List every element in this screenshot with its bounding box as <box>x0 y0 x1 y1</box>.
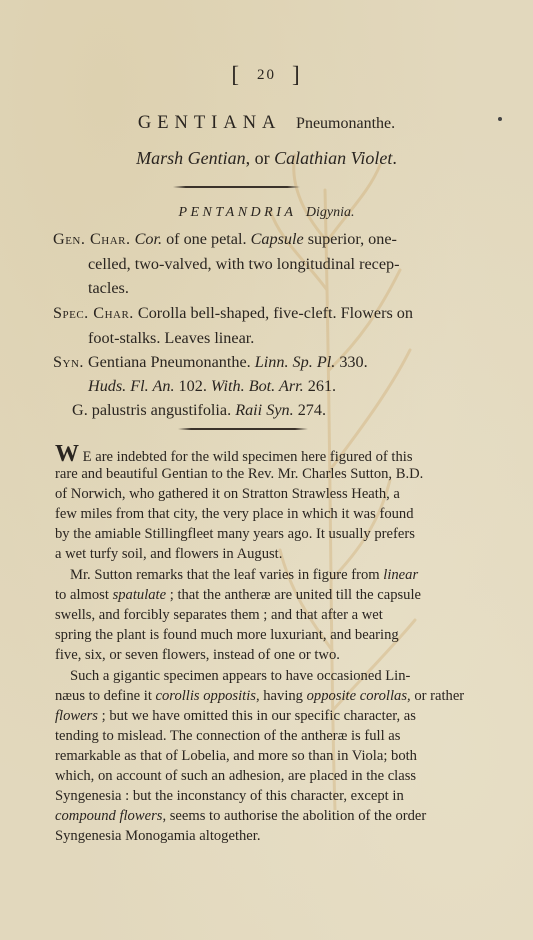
text: E are indebted for the wild specimen her… <box>79 449 413 465</box>
italic-term: spatulate <box>113 587 167 603</box>
bracket-close: ] <box>292 62 302 88</box>
gen-char-label: Gen. Char. <box>53 230 131 248</box>
specific-character-line: foot-stalks. Leaves linear. <box>88 329 254 348</box>
synonym-line: Huds. Fl. An. 102. With. Bot. Arr. 261. <box>88 377 336 396</box>
generic-character-line: celled, two-valved, with two longitudina… <box>88 255 400 274</box>
italic-term: Capsule <box>251 230 304 248</box>
body-line: flowers ; but we have omitted this in ou… <box>55 708 416 725</box>
text: 261. <box>304 377 336 395</box>
body-line: tending to mislead. The connection of th… <box>55 728 400 745</box>
bracket-open: [ <box>231 62 241 88</box>
folio-number: 20 <box>257 67 276 83</box>
book-page: [20] GENTIANA Pneumonanthe. Marsh Gentia… <box>0 0 533 940</box>
species-name: Pneumonanthe. <box>296 115 395 132</box>
text: 330. <box>335 353 367 371</box>
body-line: Such a gigantic specimen appears to have… <box>70 668 410 685</box>
italic-term: opposite corollas <box>307 688 407 704</box>
common-name: Marsh Gentian, or Calathian Violet. <box>0 148 533 169</box>
italic-term: corollis oppositis <box>156 688 256 704</box>
italic-term: flowers <box>55 708 98 724</box>
body-line: a wet turfy soil, and flowers in August. <box>55 546 282 563</box>
page-title: GENTIANA Pneumonanthe. <box>0 113 533 134</box>
body-line: by the amiable Stillingfleet many years … <box>55 526 415 543</box>
body-line: remarkable as that of Lobelia, and more … <box>55 748 417 765</box>
italic-ref: Huds. Fl. An. <box>88 377 175 395</box>
body-line: næus to define it corollis oppositis, ha… <box>55 688 464 705</box>
divider-rule <box>173 186 300 188</box>
italic-ref: Linn. Sp. Pl. <box>255 353 336 371</box>
body-line: W E are indebted for the wild specimen h… <box>55 441 413 468</box>
text: to almost <box>55 587 113 603</box>
body-line: Syngenesia : but the inconstancy of this… <box>55 788 404 805</box>
spec-char-label: Spec. Char. <box>53 304 134 322</box>
body-line: Mr. Sutton remarks that the leaf varies … <box>70 567 418 584</box>
ink-speck <box>498 117 502 121</box>
order-name: Digynia. <box>306 205 355 220</box>
synonym-line: Syn. Gentiana Pneumonanthe. Linn. Sp. Pl… <box>53 353 368 372</box>
body-line: which, on account of such an adhesion, a… <box>55 768 416 785</box>
text: 102. <box>175 377 211 395</box>
body-line: compound flowers, seems to authorise the… <box>55 808 426 825</box>
drop-cap: W <box>55 441 79 467</box>
italic-ref: Raii Syn. <box>235 401 293 419</box>
text: , or rather <box>407 688 464 704</box>
generic-character-line: tacles. <box>88 279 129 298</box>
text: G. palustris angustifolia. <box>72 401 235 419</box>
common-name-end: . <box>392 148 397 168</box>
synonym-line: G. palustris angustifolia. Raii Syn. 274… <box>72 401 326 420</box>
common-name-joiner: , or <box>246 148 275 168</box>
italic-term: linear <box>383 567 418 583</box>
syn-label: Syn. <box>53 353 84 371</box>
genus-name: GENTIANA <box>138 113 282 133</box>
linnaean-classification: PENTANDRIA Digynia. <box>0 205 533 221</box>
italic-term: Cor. <box>135 230 162 248</box>
body-line: of Norwich, who gathered it on Stratton … <box>55 486 400 503</box>
text: 274. <box>294 401 326 419</box>
text: superior, one- <box>304 230 397 248</box>
body-line: five, six, or seven flowers, instead of … <box>55 647 340 664</box>
body-line: spring the plant is found much more luxu… <box>55 627 399 644</box>
italic-ref: With. Bot. Arr. <box>211 377 304 395</box>
body-line: Syngenesia Monogamia altogether. <box>55 828 260 845</box>
text: ; that the antheræ are united till the c… <box>166 587 421 603</box>
body-line: few miles from that city, the very place… <box>55 506 414 523</box>
text: ; but we have omitted this in our specif… <box>98 708 416 724</box>
class-name: PENTANDRIA <box>178 205 296 220</box>
generic-character-line: Gen. Char. Cor. of one petal. Capsule su… <box>53 230 397 249</box>
divider-rule <box>178 428 308 430</box>
italic-term: compound flowers <box>55 808 162 824</box>
text: Gentiana Pneumonanthe. <box>84 353 255 371</box>
common-name-part2: Calathian Violet <box>274 148 392 168</box>
text: Mr. Sutton remarks that the leaf varies … <box>70 567 383 583</box>
body-line: to almost spatulate ; that the antheræ a… <box>55 587 421 604</box>
body-line: rare and beautiful Gentian to the Rev. M… <box>55 466 423 483</box>
text: næus to define it <box>55 688 156 704</box>
body-line: swells, and forcibly separates them ; an… <box>55 607 383 624</box>
text: Corolla bell-shaped, five-cleft. Flowers… <box>134 304 413 322</box>
text: of one petal. <box>162 230 251 248</box>
text: , having <box>256 688 307 704</box>
text: , seems to authorise the abolition of th… <box>162 808 426 824</box>
specific-character-line: Spec. Char. Corolla bell-shaped, five-cl… <box>53 304 413 323</box>
common-name-part1: Marsh Gentian <box>136 148 246 168</box>
page-number: [20] <box>0 62 533 88</box>
